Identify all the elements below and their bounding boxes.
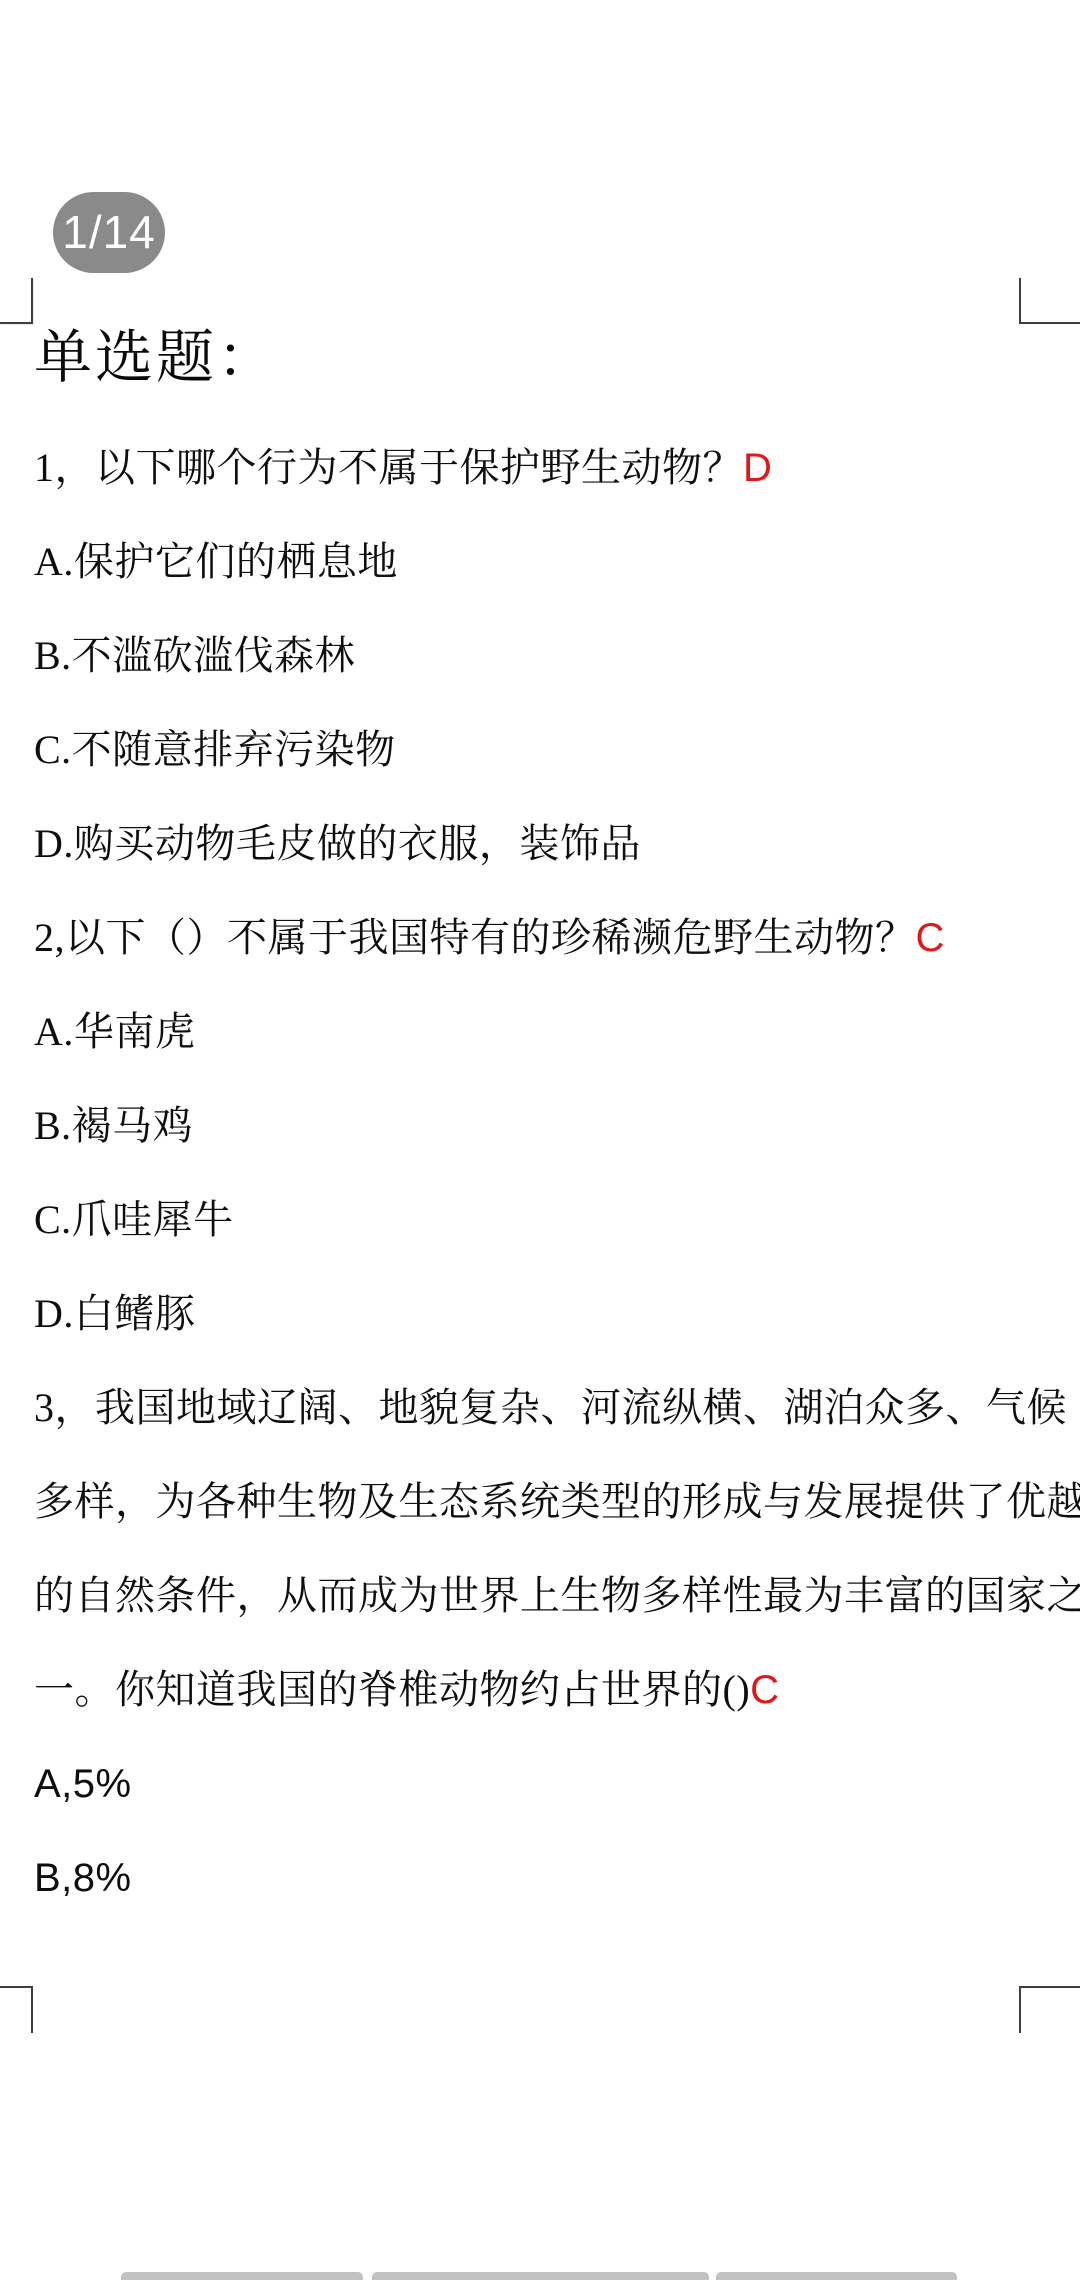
option-line: B.褐马鸡 bbox=[34, 1101, 193, 1151]
option-line: B,8% bbox=[34, 1853, 132, 1903]
page-corner-mark-top-right bbox=[1019, 278, 1080, 324]
question-line: 1，以下哪个行为不属于保护野生动物？D bbox=[34, 443, 772, 493]
option-line: D.白鳍豚 bbox=[34, 1289, 195, 1339]
option-line: C.爪哇犀牛 bbox=[34, 1195, 234, 1245]
question-line: 的自然条件，从而成为世界上生物多样性最为丰富的国家之 bbox=[34, 1571, 1080, 1621]
document-viewer-screen: 1/14 单选题： 1，以下哪个行为不属于保护野生动物？D A.保护它们的栖息地… bbox=[0, 0, 1080, 2280]
option-line: B.不滥砍滥伐森林 bbox=[34, 631, 355, 681]
answer-letter: C bbox=[750, 1668, 779, 1712]
option-line: C.不随意排弃污染物 bbox=[34, 725, 396, 775]
page-corner-mark-bottom-left bbox=[0, 1986, 33, 2033]
question-text: 2,以下（）不属于我国特有的珍稀濒危野生动物？ bbox=[34, 915, 916, 960]
page-indicator-badge: 1/14 bbox=[53, 192, 165, 273]
page-thumbnail[interactable] bbox=[716, 2272, 957, 2280]
answer-letter: D bbox=[743, 446, 772, 490]
answer-letter: C bbox=[916, 916, 945, 960]
question-line: 2,以下（）不属于我国特有的珍稀濒危野生动物？C bbox=[34, 913, 945, 963]
option-line: D.购买动物毛皮做的衣服，装饰品 bbox=[34, 819, 641, 869]
page-thumbnail[interactable] bbox=[372, 2272, 709, 2280]
question-text: 一。你知道我国的脊椎动物约占世界的() bbox=[34, 1667, 750, 1712]
section-title: 单选题： bbox=[34, 326, 278, 390]
question-line: 一。你知道我国的脊椎动物约占世界的()C bbox=[34, 1665, 780, 1715]
question-line: 多样，为各种生物及生态系统类型的形成与发展提供了优越 bbox=[34, 1477, 1080, 1527]
option-line: A.保护它们的栖息地 bbox=[34, 537, 398, 587]
question-line: 3，我国地域辽阔、地貌复杂、河流纵横、湖泊众多、气候 bbox=[34, 1383, 1067, 1433]
page-corner-mark-top-left bbox=[0, 278, 33, 324]
page-thumbnail[interactable] bbox=[121, 2272, 363, 2280]
page-corner-mark-bottom-right bbox=[1019, 1986, 1080, 2033]
option-line: A,5% bbox=[34, 1759, 132, 1809]
option-line: A.华南虎 bbox=[34, 1007, 195, 1057]
question-text: 1，以下哪个行为不属于保护野生动物？ bbox=[34, 445, 743, 490]
